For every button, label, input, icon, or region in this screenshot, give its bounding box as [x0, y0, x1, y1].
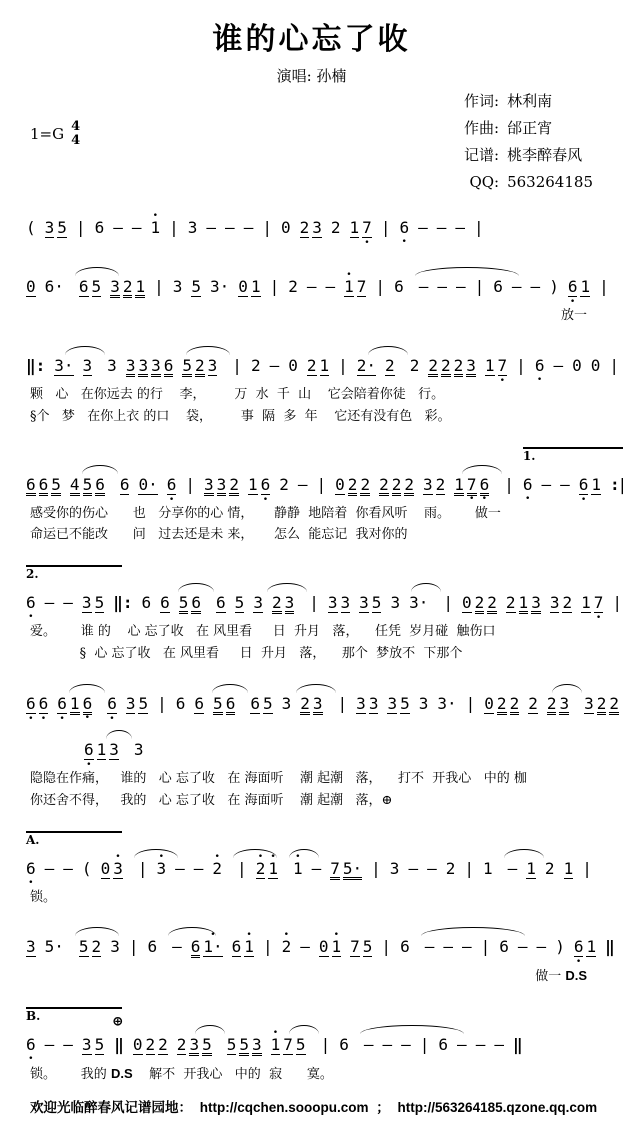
note: 6: [216, 595, 226, 613]
barline: |: [381, 939, 391, 955]
score-line-bridge-a: A.6•––(03•|3•––2•|2•1•1•–75·|3––2|1–121|…: [26, 815, 613, 908]
note: 3: [369, 696, 379, 714]
note: 3: [387, 696, 397, 714]
credit-value: 林利南: [507, 88, 552, 115]
dash-sustain: –: [63, 861, 73, 877]
dash-sustain: –: [63, 595, 73, 611]
lyrics-text: 你还舍不得， 我的 心 忘了收 在 海面听 潮 起潮 落，⊕: [30, 793, 392, 808]
footer-url-2[interactable]: http://563264185.qzone.qq.com: [398, 1100, 598, 1115]
note: 3: [107, 358, 117, 374]
note: 1: [580, 279, 590, 297]
repeat-barline: ‖: [605, 939, 615, 955]
score-area: (35|6––1•|3–––|023217•|6•–––|06·65321|35…: [0, 196, 623, 1085]
note: 3: [189, 1037, 199, 1056]
note: 5: [235, 595, 245, 613]
note: 2: [410, 358, 420, 374]
note: 6•: [568, 279, 578, 297]
note: 2: [436, 477, 446, 495]
note: 5: [202, 1037, 212, 1056]
volta-label: B.: [26, 1007, 122, 1022]
octave-dot-below: •: [109, 715, 114, 724]
credit-value: 563264185: [507, 169, 593, 196]
octave-dot-below: •: [169, 496, 174, 505]
barline: |: [375, 279, 385, 295]
dash-sustain: –: [45, 1037, 55, 1053]
note: 3: [217, 477, 227, 496]
slur-tie-arc: [233, 849, 277, 858]
octave-dot-below: •: [537, 376, 542, 385]
note: 6: [339, 1037, 349, 1053]
note: 6•: [261, 477, 271, 495]
note: 3: [109, 742, 119, 760]
octave-dot-below: •: [570, 298, 575, 307]
slur-tie-arc: [186, 346, 230, 355]
note: 0·: [138, 477, 157, 495]
credits-block: 作词: 林利南 作曲: 邰正宵 记谱: 桃李醉春风 QQ: 563264185: [453, 88, 593, 196]
note: 2: [123, 279, 133, 298]
slur-tie-arc: [421, 927, 525, 936]
dash-sustain: –: [425, 939, 435, 955]
note: 5: [138, 696, 148, 714]
note: 3: [26, 939, 36, 957]
note: 0: [26, 279, 36, 297]
note: 3: [126, 358, 136, 377]
note: 2•: [256, 861, 266, 879]
note: 5: [239, 1037, 249, 1056]
note: 2: [545, 861, 555, 877]
note: 5: [363, 939, 373, 957]
barline: |: [443, 595, 453, 611]
score-line-verse-a: ‖:3·333336523|2–021|2·22222317•|6•–00|颗 …: [26, 330, 613, 427]
lyrics-text: 感受你的伤心 也 分享你的心 情， 静静 地陪着 你看风听 雨。 做一: [30, 506, 501, 521]
note: 5: [79, 939, 89, 957]
note: 2: [272, 595, 282, 614]
note: 5: [372, 595, 382, 613]
note: 2: [158, 1037, 168, 1055]
credit-value: 桃李醉春风: [507, 142, 582, 169]
octave-dot-above: •: [334, 931, 339, 940]
slur-tie-arc: [552, 684, 582, 693]
note: 6•: [26, 1037, 36, 1053]
slur-tie-arc: [106, 730, 132, 739]
note: 2: [528, 696, 538, 714]
note: 2: [547, 696, 557, 715]
barline: |: [420, 1037, 430, 1053]
footer-welcome-text: 欢迎光临醉春风记谱园地：: [30, 1100, 192, 1115]
octave-dot-below: •: [28, 1055, 33, 1064]
barline: |: [154, 279, 164, 295]
dash-sustain: –: [437, 279, 447, 295]
note: 6•: [399, 220, 409, 236]
note: 6: [164, 358, 174, 377]
note: 6•: [480, 477, 490, 496]
note: 1: [526, 861, 536, 879]
key-time-signature: 1=G 4 4: [30, 120, 80, 147]
note: 3: [359, 595, 369, 613]
lyrics-row: 感受你的伤心 也 分享你的心 情， 静静 地陪着 你看风听 雨。 做一: [30, 505, 613, 524]
lyrics-row: 命运已不能改 问 过去还是未 来， 怎么 能忘记 我对你的: [30, 526, 613, 545]
octave-dot-below: •: [525, 495, 530, 504]
note: 1•: [244, 939, 254, 957]
score-line-intro-2: 06·65321|353·01|2––1•7|6–––|6––)6•1|放一: [26, 251, 613, 326]
dash-sustain: –: [244, 220, 254, 236]
barline: |: [157, 696, 167, 712]
note: 0: [335, 477, 345, 495]
note: 7: [283, 1037, 293, 1055]
note: 1: [70, 696, 80, 715]
note: 0: [101, 861, 111, 879]
volta-label: 2.: [26, 565, 122, 580]
note: 2: [454, 358, 464, 377]
octave-dot-below: •: [500, 377, 505, 386]
note: 6•: [26, 696, 36, 714]
note: 6·: [45, 279, 64, 295]
note: 1: [591, 477, 601, 495]
notation-row: (35|6––1•|3–––|023217•|6•–––|: [26, 204, 613, 247]
octave-dot-above: •: [246, 931, 251, 940]
time-signature-denominator: 4: [71, 134, 80, 148]
slur-tie-arc: [296, 684, 336, 693]
note: 5: [95, 1037, 105, 1055]
note: 3: [584, 696, 594, 714]
repeat-barline: ‖: [114, 1037, 124, 1053]
note: 3: [550, 595, 560, 613]
credit-label: QQ:: [453, 169, 499, 196]
note: 3: [82, 595, 92, 613]
note: 6•: [107, 696, 117, 714]
note: 2: [441, 358, 451, 377]
note: 1: [586, 939, 596, 957]
credit-label: 作词:: [453, 88, 499, 115]
note: 2: [279, 477, 289, 493]
octave-dot-below: •: [482, 495, 487, 504]
lyrics-row: § 心 忘了收 在 风里看 日 升月 落， 那个 梦放不 下那个: [30, 645, 613, 664]
note: 3: [390, 861, 400, 877]
barline: |: [309, 595, 319, 611]
barline: |: [317, 477, 327, 493]
note: 1: [485, 358, 495, 376]
note: 2: [385, 358, 395, 376]
octave-dot-above: •: [153, 212, 158, 221]
note: 3: [110, 939, 120, 955]
dash-sustain: –: [206, 220, 216, 236]
octave-dot-below: •: [86, 761, 91, 770]
time-signature: 4 4: [71, 120, 80, 147]
song-title: 谁的心忘了收: [0, 14, 623, 58]
slur-tie-arc: [65, 346, 105, 355]
dash-sustain: –: [132, 220, 142, 236]
note: 6: [160, 595, 170, 613]
barline: |: [232, 358, 242, 374]
octave-dot-below: •: [596, 614, 601, 623]
note: 2: [428, 358, 438, 377]
lyrics-text: 命运已不能改 问 过去还是未 来， 怎么 能忘记 我对你的: [30, 527, 408, 542]
note: 3: [126, 696, 136, 714]
note: 2: [288, 279, 298, 295]
volta-label: A.: [26, 831, 122, 846]
lyrics-row: 锁。 我的 D.S 解不 开我心 中的 寂 寞。: [30, 1065, 613, 1085]
note: 2: [307, 358, 317, 376]
note: 3: [45, 220, 55, 238]
note: 2: [177, 1037, 187, 1055]
barline: |: [474, 220, 484, 236]
note: 5: [57, 220, 67, 238]
note: 3: [285, 595, 295, 614]
note: 3: [252, 1037, 262, 1056]
note: 2: [597, 696, 607, 715]
note: 3: [83, 358, 93, 376]
note: 7•: [467, 477, 477, 496]
note: 6•: [26, 595, 36, 611]
barline: |: [599, 279, 609, 295]
slur-tie-arc: [212, 684, 248, 693]
note: 3: [531, 595, 541, 614]
barline: |: [582, 861, 592, 877]
note: 7: [350, 939, 360, 957]
note: 2: [609, 696, 619, 715]
note: 5: [51, 477, 61, 496]
lyrics-text: 锁。 我的: [30, 1067, 111, 1082]
dash-sustain: –: [537, 939, 547, 955]
octave-dot-above: •: [284, 931, 289, 940]
score-line-chorus-1: 2.6•––35‖:665665323|333533·|0222133217•|…: [26, 549, 613, 664]
note: 6•: [83, 696, 93, 715]
note: 6: [147, 939, 157, 955]
note: 7: [357, 279, 367, 297]
lyrics-text: 解不 开我心 中的 寂 寞。: [133, 1067, 333, 1082]
slur-tie-arc: [267, 583, 307, 592]
barline: |: [466, 696, 476, 712]
credit-qq: QQ: 563264185: [453, 169, 593, 196]
dash-sustain: –: [326, 279, 336, 295]
octave-dot-below: •: [402, 238, 407, 247]
dash-sustain: –: [401, 1037, 411, 1053]
note: 6: [95, 477, 105, 496]
slur-tie-arc: [360, 1025, 464, 1034]
note: 3: [328, 595, 338, 613]
dash-sustain: –: [541, 477, 551, 493]
dash-sustain: –: [427, 861, 437, 877]
lyrics-text: 做一: [535, 969, 565, 984]
octave-dot-above: •: [115, 853, 120, 862]
octave-dot-above: •: [346, 271, 351, 280]
note: 3: [134, 742, 144, 758]
dash-sustain: –: [175, 861, 185, 877]
note: 3: [390, 595, 400, 611]
note: 2: [475, 595, 485, 614]
note: 1: [320, 358, 330, 376]
dash-sustain: –: [172, 939, 182, 955]
barline: |: [371, 861, 381, 877]
note: 1: [248, 477, 258, 495]
dash-sustain: –: [494, 1037, 504, 1053]
note: 5: [95, 595, 105, 613]
dash-sustain: –: [113, 220, 123, 236]
note: 3: [110, 279, 120, 298]
lyrics-row: 爱。 谁 的 心 忘了收 在 风里看 日 升月 落， 任凭 岁月碰 触伤口: [30, 623, 613, 642]
note: 1: [135, 279, 145, 298]
dash-sustain: –: [63, 1037, 73, 1053]
note: 3·: [54, 358, 73, 376]
dash-sustain: –: [307, 279, 317, 295]
note: 2: [300, 220, 310, 238]
meta-row: 1=G 4 4 作词: 林利南 作曲: 邰正宵 记谱: 桃李醉春风 QQ: 56…: [0, 86, 623, 196]
lyrics-row: 锁。: [30, 889, 613, 908]
score-line-intro-1: (35|6––1•|3–––|023217•|6•–––|: [26, 204, 613, 247]
note: 2: [487, 595, 497, 614]
note: (: [26, 220, 36, 236]
note: 6: [191, 939, 201, 958]
notation-row: 06·65321|353·01|2––1•7|6–––|6––)6•1|: [26, 251, 613, 307]
note: 5: [191, 279, 201, 297]
dash-sustain: –: [408, 861, 418, 877]
note: 5: [263, 696, 273, 714]
note: 3: [341, 595, 351, 613]
dash-sustain: –: [300, 939, 310, 955]
note: 3: [188, 220, 198, 236]
dash-sustain: –: [457, 1037, 467, 1053]
note: 3: [173, 279, 183, 295]
note: ): [555, 939, 565, 955]
dash-sustain: –: [45, 861, 55, 877]
slur-tie-arc: [289, 1025, 319, 1034]
barline: |: [185, 477, 195, 493]
notation-row: B.6•––35⊕‖0222355531•75|6–––|6–––‖: [26, 991, 613, 1065]
barline: |: [504, 477, 514, 493]
note: 6: [176, 696, 186, 712]
note: 2: [510, 696, 520, 715]
barline: |: [612, 595, 622, 611]
footer-url-1[interactable]: http://cqchen.sooopu.com: [200, 1100, 369, 1115]
dash-sustain: –: [225, 220, 235, 236]
note: 6: [26, 477, 36, 496]
note: 2: [195, 358, 205, 377]
note: 2: [497, 696, 507, 715]
note: 2: [348, 477, 358, 496]
note: 6: [79, 279, 89, 297]
octave-dot-below: •: [263, 496, 268, 505]
barline: |: [381, 220, 391, 236]
note: 6: [226, 696, 236, 715]
note: 5: [227, 1037, 237, 1055]
note: 1: [564, 861, 574, 879]
dash-sustain: –: [462, 939, 472, 955]
note: 6: [400, 939, 410, 955]
notation-row: 35·523|6–61·•61•|2•–01•75|6–––|6––)6•1‖: [26, 911, 613, 967]
note: 2: [404, 477, 414, 496]
note: 0: [591, 358, 601, 374]
credit-label: 记谱:: [453, 142, 499, 169]
lyrics-row: 颗 心 在你远去 的行 李， 万 水 千 山 它会陪着你徒 行。: [30, 386, 613, 405]
score-line-verse-b: 66545660·6•|33216•2–|0222223217•6•|1.6•–…: [26, 431, 613, 546]
octave-dot-below: •: [28, 879, 33, 888]
dash-sustain: –: [298, 477, 308, 493]
credit-transcriber: 记谱: 桃李醉春风: [453, 142, 593, 169]
dash-sustain: –: [437, 220, 447, 236]
note: 2: [146, 1037, 156, 1055]
note: 1•: [332, 939, 342, 957]
note: 6•: [523, 477, 533, 493]
note: 3: [423, 477, 433, 495]
lyrics-row: 隐隐在作痛， 谁的 心 忘了收 在 海面听 潮 起潮 落， 打不 开我心 中的 …: [30, 770, 613, 789]
note: 3•: [113, 861, 123, 879]
note: 2: [300, 696, 310, 715]
coda-icon: ⊕: [113, 1014, 122, 1029]
note: 3: [466, 358, 476, 377]
repeat-barline: ‖:: [113, 595, 132, 611]
note: 6•: [84, 742, 94, 760]
note: 1: [519, 595, 529, 614]
credit-value: 邰正宵: [507, 115, 552, 142]
note: 6: [141, 595, 151, 611]
slur-tie-arc: [82, 465, 118, 474]
note: 3: [253, 595, 263, 613]
note: 3·: [409, 595, 428, 611]
dash-sustain: –: [531, 279, 541, 295]
lyrics-row: 做一 D.S: [30, 967, 613, 987]
dash-sustain: –: [518, 939, 528, 955]
slur-tie-arc: [289, 849, 319, 858]
note: 3•: [156, 861, 166, 877]
notation-row: 2.6•––35‖:665665323|333533·|0222133217•|: [26, 549, 613, 623]
note: 6•: [574, 939, 584, 957]
note: 0: [572, 358, 582, 374]
notation-row: 66545660·6•|33216•2–|0222223217•6•|1.6•–…: [26, 431, 613, 505]
octave-dot-below: •: [576, 958, 581, 967]
note: 6: [493, 279, 503, 295]
note: 6•: [535, 358, 545, 374]
lyrics-row: 你还舍不得， 我的 心 忘了收 在 海面听 潮 起潮 落，⊕: [30, 792, 613, 811]
note: 2: [506, 595, 516, 613]
note: 3: [419, 696, 429, 712]
dash-sustain: –: [560, 477, 570, 493]
dash-sustain: –: [419, 279, 429, 295]
credit-composer: 作曲: 邰正宵: [453, 115, 593, 142]
note: 6•: [57, 696, 67, 714]
dash-sustain: –: [364, 1037, 374, 1053]
note: 1: [581, 595, 591, 613]
note: 5: [179, 595, 189, 614]
note: 2: [446, 861, 456, 877]
notation-row: A.6•––(03•|3•––2•|2•1•1•–75·|3––2|1–121|: [26, 815, 613, 889]
notation-row: ‖:3·333336523|2–021|2·22222317•|6•–00|: [26, 330, 613, 386]
note: 0: [319, 939, 329, 957]
dash-sustain: –: [194, 861, 204, 877]
note: 1: [251, 279, 261, 297]
octave-dot-below: •: [364, 239, 369, 248]
credit-label: 作曲:: [453, 115, 499, 142]
note: 7•: [594, 595, 604, 613]
repeat-barline: ‖:: [26, 358, 45, 374]
ds-marking: D.S: [565, 968, 587, 983]
note: 5·: [343, 861, 362, 880]
note: 3·: [210, 279, 229, 295]
note: 3: [356, 696, 366, 714]
dash-sustain: –: [312, 861, 322, 877]
note: 1: [350, 220, 360, 238]
note: 3: [282, 696, 292, 712]
dash-sustain: –: [382, 1037, 392, 1053]
key-signature: 1=G: [30, 125, 64, 143]
note: 2: [360, 477, 370, 496]
barline: |: [169, 220, 179, 236]
note: 2: [331, 220, 341, 236]
barline: |: [138, 861, 148, 877]
note: 5: [213, 696, 223, 715]
note: 5: [296, 1037, 306, 1055]
lyrics-text: 颗 心 在你远去 的行 李， 万 水 千 山 它会陪着你徒 行。: [30, 387, 444, 402]
barline: |: [464, 861, 474, 877]
